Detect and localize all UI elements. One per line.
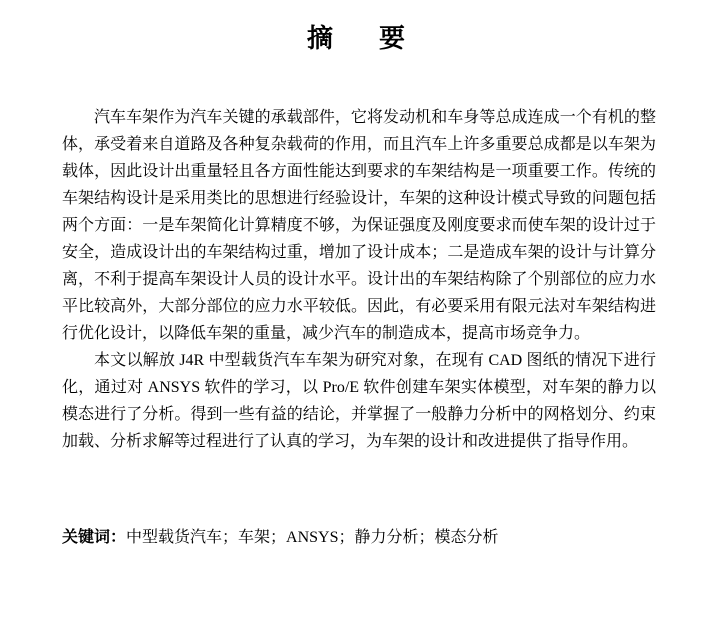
body-line: 加载、分析求解等过程进行了认真的学习，为车架的设计和改进提供了指导作用。	[62, 428, 656, 455]
body-line: 车架结构设计是采用类比的思想进行经验设计，车架的这种设计模式导致的问题包括	[62, 185, 656, 212]
body-line: 平比较高外，大部分部位的应力水平较低。因此，有必要采用有限元法对车架结构进	[62, 293, 656, 320]
keywords-label: 关键词：	[62, 529, 126, 546]
abstract-body: 汽车车架作为汽车关键的承载部件，它将发动机和车身等总成连成一个有机的整体，承受着…	[62, 104, 656, 455]
body-line: 两个方面：一是车架简化计算精度不够，为保证强度及刚度要求而使车架的设计过于	[62, 212, 656, 239]
body-line: 模态进行了分析。得到一些有益的结论，并掌握了一般静力分析中的网格划分、约束	[62, 401, 656, 428]
body-line: 行优化设计，以降低车架的重量，减少汽车的制造成本，提高市场竞争力。	[62, 320, 656, 347]
body-line: 化，通过对 ANSYS 软件的学习，以 Pro/E 软件创建车架实体模型，对车架…	[62, 374, 656, 401]
abstract-page: 摘 要 汽车车架作为汽车关键的承载部件，它将发动机和车身等总成连成一个有机的整体…	[0, 0, 713, 644]
keywords-text: 中型载货汽车；车架；ANSYS；静力分析；模态分析	[126, 529, 498, 546]
body-line: 安全，造成设计出的车架结构过重，增加了设计成本；二是造成车架的设计与计算分	[62, 239, 656, 266]
keywords-line: 关键词：中型载货汽车；车架；ANSYS；静力分析；模态分析	[62, 526, 656, 550]
body-line: 离，不利于提高车架设计人员的设计水平。设计出的车架结构除了个别部位的应力水	[62, 266, 656, 293]
body-line: 载体，因此设计出重量轻且各方面性能达到要求的车架结构是一项重要工作。传统的	[62, 158, 656, 185]
body-line: 汽车车架作为汽车关键的承载部件，它将发动机和车身等总成连成一个有机的整	[62, 104, 656, 131]
body-line: 本文以解放 J4R 中型载货汽车车架为研究对象，在现有 CAD 图纸的情况下进行…	[62, 347, 656, 374]
page-title: 摘 要	[0, 22, 713, 56]
body-line: 体，承受着来自道路及各种复杂载荷的作用，而且汽车上许多重要总成都是以车架为	[62, 131, 656, 158]
